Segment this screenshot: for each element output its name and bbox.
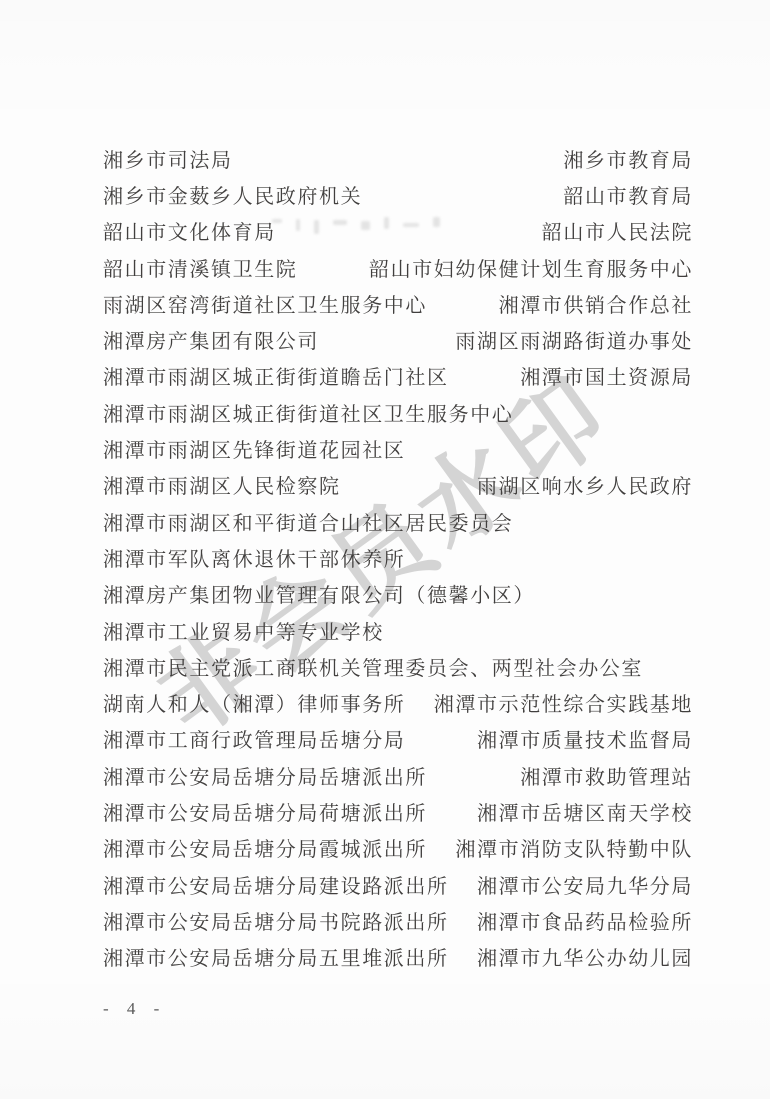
org-name-left: 湘潭市雨湖区城正街街道瞻岳门社区 bbox=[103, 361, 449, 390]
org-name-right: 雨湖区雨湖路街道办事处 bbox=[455, 325, 693, 354]
org-name-left: 湘乡市金薮乡人民政府机关 bbox=[103, 180, 362, 209]
list-row: 湘潭市军队离休退休干部休养所 bbox=[103, 539, 693, 575]
document-page: 非会员水印 湘乡市司法局 湘乡市教育局 湘乡市金薮乡人民政府机关 韶山市教育局 … bbox=[0, 0, 770, 1099]
list-row: 湘乡市金薮乡人民政府机关 韶山市教育局 bbox=[103, 176, 693, 212]
org-name-right: 雨湖区响水乡人民政府 bbox=[477, 470, 693, 499]
org-name-right: 湘潭市示范性综合实践基地 bbox=[434, 688, 693, 717]
org-name-left: 湘潭市雨湖区城正街街道社区卫生服务中心 bbox=[103, 398, 513, 427]
org-name-right: 湘潭市消防支队特勤中队 bbox=[455, 833, 693, 862]
org-name-left: 湘潭市工商行政管理局岳塘分局 bbox=[103, 724, 405, 753]
org-name-left: 湖南人和人（湘潭）律师事务所 bbox=[103, 688, 405, 717]
org-name-left: 湘潭市公安局岳塘分局荷塘派出所 bbox=[103, 797, 427, 826]
list-row: 湘潭市公安局岳塘分局霞城派出所 湘潭市消防支队特勤中队 bbox=[103, 830, 693, 866]
org-name-right: 韶山市教育局 bbox=[563, 180, 693, 209]
org-name-left: 湘潭市雨湖区先锋街道花园社区 bbox=[103, 434, 405, 463]
org-name-right: 湘潭市质量技术监督局 bbox=[477, 724, 693, 753]
list-row: 湘潭市民主党派工商联机关管理委员会、两型社会办公室 bbox=[103, 648, 693, 684]
org-name-left: 雨湖区窑湾街道社区卫生服务中心 bbox=[103, 289, 427, 318]
list-row: 湘潭市公安局岳塘分局建设路派出所 湘潭市公安局九华分局 bbox=[103, 866, 693, 902]
list-row: 湖南人和人（湘潭）律师事务所 湘潭市示范性综合实践基地 bbox=[103, 684, 693, 720]
org-name-right: 湘潭市救助管理站 bbox=[520, 761, 693, 790]
org-name-right: 湘潭市供销合作总社 bbox=[499, 289, 693, 318]
list-row: 韶山市清溪镇卫生院 韶山市妇幼保健计划生育服务中心 bbox=[103, 249, 693, 285]
list-row: 湘潭房产集团有限公司 雨湖区雨湖路街道办事处 bbox=[103, 321, 693, 357]
org-list: 湘乡市司法局 湘乡市教育局 湘乡市金薮乡人民政府机关 韶山市教育局 韶山市文化体… bbox=[103, 140, 693, 975]
list-row: 湘乡市司法局 湘乡市教育局 bbox=[103, 140, 693, 176]
org-name-left: 湘潭市公安局岳塘分局五里堆派出所 bbox=[103, 942, 449, 971]
org-name-right: 湘潭市国土资源局 bbox=[520, 361, 693, 390]
org-name-left: 湘潭市雨湖区人民检察院 bbox=[103, 470, 341, 499]
list-row: 湘潭市雨湖区城正街街道社区卫生服务中心 bbox=[103, 394, 693, 430]
list-row: 湘潭市雨湖区城正街街道瞻岳门社区 湘潭市国土资源局 bbox=[103, 358, 693, 394]
org-name-right: 湘潭市食品药品检验所 bbox=[477, 906, 693, 935]
org-name-left: 湘乡市司法局 bbox=[103, 144, 233, 173]
page-number: - 4 - bbox=[103, 999, 166, 1019]
list-row: 湘潭市雨湖区和平街道合山社区居民委员会 bbox=[103, 503, 693, 539]
org-name-left: 湘潭市军队离休退休干部休养所 bbox=[103, 543, 405, 572]
org-name-right: 湘潭市公安局九华分局 bbox=[477, 870, 693, 899]
org-name-left: 湘潭市公安局岳塘分局霞城派出所 bbox=[103, 833, 427, 862]
org-name-right: 韶山市人民法院 bbox=[542, 216, 693, 245]
org-name-right: 湘乡市教育局 bbox=[563, 144, 693, 173]
org-name-left: 湘潭房产集团物业管理有限公司（德馨小区） bbox=[103, 579, 535, 608]
org-name-left: 湘潭市公安局岳塘分局岳塘派出所 bbox=[103, 761, 427, 790]
org-name-left: 湘潭市民主党派工商联机关管理委员会、两型社会办公室 bbox=[103, 652, 643, 681]
list-row: 湘潭市公安局岳塘分局书院路派出所 湘潭市食品药品检验所 bbox=[103, 902, 693, 938]
org-name-left: 湘潭市工业贸易中等专业学校 bbox=[103, 616, 384, 645]
org-name-left: 湘潭市公安局岳塘分局书院路派出所 bbox=[103, 906, 449, 935]
org-name-left: 湘潭市雨湖区和平街道合山社区居民委员会 bbox=[103, 507, 513, 536]
list-row: 湘潭市公安局岳塘分局岳塘派出所 湘潭市救助管理站 bbox=[103, 757, 693, 793]
org-name-left: 湘潭房产集团有限公司 bbox=[103, 325, 319, 354]
list-row: 湘潭市雨湖区先锋街道花园社区 bbox=[103, 430, 693, 466]
list-row: 湘潭市雨湖区人民检察院 雨湖区响水乡人民政府 bbox=[103, 467, 693, 503]
list-row: 湘潭市公安局岳塘分局荷塘派出所 湘潭市岳塘区南天学校 bbox=[103, 793, 693, 829]
org-name-right: 湘潭市九华公办幼儿园 bbox=[477, 942, 693, 971]
org-name-right: 韶山市妇幼保健计划生育服务中心 bbox=[369, 253, 693, 282]
list-row: 雨湖区窑湾街道社区卫生服务中心 湘潭市供销合作总社 bbox=[103, 285, 693, 321]
list-row: 湘潭市公安局岳塘分局五里堆派出所 湘潭市九华公办幼儿园 bbox=[103, 939, 693, 975]
org-name-left: 韶山市清溪镇卫生院 bbox=[103, 253, 297, 282]
list-row: 湘潭房产集团物业管理有限公司（德馨小区） bbox=[103, 576, 693, 612]
org-name-left: 湘潭市公安局岳塘分局建设路派出所 bbox=[103, 870, 449, 899]
org-name-right: 湘潭市岳塘区南天学校 bbox=[477, 797, 693, 826]
list-row: 湘潭市工业贸易中等专业学校 bbox=[103, 612, 693, 648]
org-name-left: 韶山市文化体育局 bbox=[103, 216, 276, 245]
list-row: 韶山市文化体育局 韶山市人民法院 bbox=[103, 213, 693, 249]
list-row: 湘潭市工商行政管理局岳塘分局 湘潭市质量技术监督局 bbox=[103, 721, 693, 757]
